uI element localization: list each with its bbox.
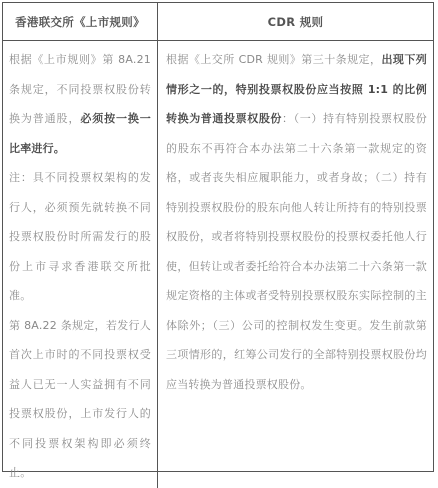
cdr-rules-cell: 根据《上交所 CDR 规则》第三十条规定，出现下列情形之一的，特别投票权股份应当… bbox=[158, 41, 433, 460]
paragraph-text: 注：具不同投票权架构的发行人，必须预先就转换不同投票权股份时所需发行的股份上市寻… bbox=[9, 171, 151, 302]
hkex-rules-cell: 根据《上市规则》第 8A.21 条规定，不同投票权股份转换为普通股，必须按一换一… bbox=[3, 41, 158, 460]
paragraph-text: ：（一）持有特别投票权股份的股东不再符合本办法第二十六条第一款规定的资格，或者丧… bbox=[166, 112, 427, 391]
hkex-paragraph-note: 注：具不同投票权架构的发行人，必须预先就转换不同投票权股份时所需发行的股份上市寻… bbox=[9, 163, 151, 311]
header-hkex-listing-rules: 香港联交所《上市规则》 bbox=[3, 3, 158, 41]
hkex-paragraph-8a22: 第 8A.22 条规定，若发行人首次上市时的不同投票权受益人已无一人实益拥有不同… bbox=[9, 311, 151, 461]
hkex-paragraph-8a21: 根据《上市规则》第 8A.21 条规定，不同投票权股份转换为普通股，必须按一换一… bbox=[9, 45, 151, 163]
paragraph-text: 根据《上交所 CDR 规则》第三十条规定， bbox=[166, 53, 381, 66]
cdr-paragraph-article-30: 根据《上交所 CDR 规则》第三十条规定，出现下列情形之一的，特别投票权股份应当… bbox=[166, 45, 427, 399]
paragraph-text: 第 8A.22 条规定，若发行人首次上市时的不同投票权受益人已无一人实益拥有不同… bbox=[9, 319, 151, 461]
comparison-table: 香港联交所《上市规则》 CDR 规则 根据《上市规则》第 8A.21 条规定，不… bbox=[2, 2, 434, 460]
header-cdr-rules: CDR 规则 bbox=[158, 3, 433, 41]
